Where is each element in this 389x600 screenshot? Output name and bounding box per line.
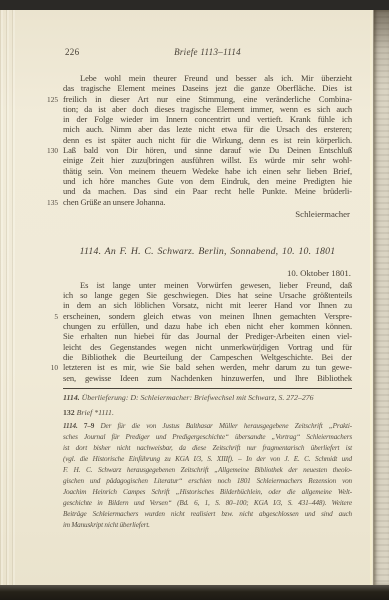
book-page-scan: 226 Briefe 1113–1114 Lebe wohl mein theu… [0,0,389,600]
text-line: mich auch. Nimm aber das lezte nicht etw… [63,124,352,134]
letter-1114-body: Es ist lange unter meinen Vorwürfen gewe… [63,280,352,383]
text-line: in dem an sich löblichen Vorsatz, nicht … [63,300,352,310]
line-text: thätig sein. Von meinem theuern Wedeke h… [63,166,352,176]
line-text: ich so lange gegen Sie geschwiegen. Dies… [63,290,352,300]
text-line: thätig sein. Von meinem theuern Wedeke h… [63,166,352,176]
commentary-line: F. H. C. Schwarz herausgegebenen Zeitsch… [63,465,352,476]
text-line: Lebe wohl mein theurer Freund und besser… [63,73,352,83]
commentary-line: im Manuskript nicht überliefert. [63,520,352,531]
line-text: in dem an sich löblichen Vorsatz, nicht … [63,300,352,310]
line-text: und ich höre manches Gute von dem Eindru… [63,176,352,186]
line-text: denn es ist später auch nicht für die Wi… [63,135,352,145]
text-line: 10letzteren ist es mir, wie Sie bald seh… [63,362,352,372]
running-head-title: Briefe 1113–1114 [63,47,352,57]
commentary-note: 1114. 7–9 Der für die von Justus Balthas… [63,421,352,531]
facing-page-edge [373,10,389,585]
letter-1114-heading: 1114. An F. H. C. Schwarz. Berlin, Sonna… [63,246,352,257]
text-line: die Bibliothek die Beurteilung der Campe… [63,352,352,362]
line-text: die Bibliothek die Beurteilung der Campe… [63,352,352,362]
letter-1113-body: Lebe wohl mein theurer Freund und besser… [63,73,352,207]
line-text: das tragische Element meines Daseins jez… [63,83,352,93]
text-line: ich so lange gegen Sie geschwiegen. Dies… [63,290,352,300]
text-line: chungen zu erfüllen, und dazu habe ich e… [63,321,352,331]
commentary-lemma: 7–9 [84,422,94,430]
running-header: 226 Briefe 1113–1114 [63,47,352,59]
commentary-line: 1114. 7–9 Der für die von Justus Balthas… [63,421,352,432]
text-line: sen, gewisse Ideen zum Nachdenken hinzuw… [63,373,352,383]
text-line: Sie erhalten nun hiebei für das Journal … [63,331,352,341]
margin-line-number: 135 [36,198,58,208]
text-line: einige Zeit hier zuzu|bringen ausführen … [63,155,352,165]
line-text: sen, gewisse Ideen zum Nachdenken hinzuw… [63,373,352,383]
commentary-line: geschichte in Bildern und Versen“ (Bd. 6… [63,498,352,509]
commentary-line-text: Der für die von Justus Balthasar Müller … [100,422,352,430]
text-line: 130Laß bald von Dir hören, und sinne dar… [63,145,352,155]
text-column: 226 Briefe 1113–1114 Lebe wohl mein theu… [63,10,352,531]
text-line: 5erscheinen, sondern gleich etwas von me… [63,311,352,321]
photo-bottom-edge [0,585,389,600]
commentary-ref: 1114. [63,422,78,430]
text-line: 125freilich in dieser Art nur eine Stimm… [63,94,352,104]
commentary-line: gischen und pädagogischen Literatur“ ers… [63,476,352,487]
margin-line-number: 130 [36,146,58,156]
page-fold-highlight [370,10,372,585]
line-text: tion; da ist aber doch dieses tragische … [63,104,352,114]
apparatus-divider-rule [63,388,352,389]
ueberlieferung-ref: 1114. [63,393,80,402]
line-132-ref: 132 [63,408,75,417]
line-text: chen Grüße an unsere Johanna. [63,197,352,207]
text-line: und ich höre manches Gute von dem Eindru… [63,176,352,186]
line-text: einige Zeit hier zuzu|bringen ausführen … [63,155,352,165]
text-line: 135chen Grüße an unsere Johanna. [63,197,352,207]
line-text: chungen zu erfüllen, und dazu habe ich e… [63,321,352,331]
commentary-line: Joachim Heinrich Campes Schrift „Histori… [63,487,352,498]
letter-1114-dateline: 10. Oktober 1801. [63,268,352,278]
line-text: Es ist lange unter meinen Vorwürfen gewe… [63,280,352,290]
text-line: das tragische Element meines Daseins jez… [63,83,352,93]
line-text: Laß bald von Dir hören, und sinne darauf… [63,145,352,155]
commentary-line: ist dort bisher nicht nachweisbar, da di… [63,443,352,454]
page-left-crease [0,10,18,585]
line-text: leicht des Gegenstandes wegen nicht unme… [63,342,352,352]
commentary-line: Beiträge Schleiermachers wurden nicht re… [63,509,352,520]
ueberlieferung-text: Überlieferung: D: Schleiermacher: Briefw… [82,393,314,402]
photo-top-edge [0,0,389,10]
text-line: denn es ist später auch nicht für die Wi… [63,135,352,145]
text-line: und da machen. Das sind ein Paar recht h… [63,186,352,196]
text-line: Es ist lange unter meinen Vorwürfen gewe… [63,280,352,290]
line-text: und da machen. Das sind ein Paar recht h… [63,186,352,196]
line-text: Lebe wohl mein theurer Freund und besser… [63,73,352,83]
line-text: letzteren ist es mir, wie Sie bald sehen… [63,362,352,372]
line-text: Sie erhalten nun hiebei für das Journal … [63,331,352,341]
ueberlieferung-note: 1114. Überlieferung: D: Schleiermacher: … [63,393,352,403]
line-132-text: Brief *1111. [77,408,114,417]
line-text: in der Folge wieder im Innern concentrir… [63,114,352,124]
line-132-note: 132 Brief *1111. [63,408,352,418]
text-line: leicht des Gegenstandes wegen nicht unme… [63,342,352,352]
page-paper: 226 Briefe 1113–1114 Lebe wohl mein theu… [0,10,389,585]
commentary-line: (vgl. die Historische Einführung zu KGA … [63,454,352,465]
margin-line-number: 5 [36,312,58,322]
text-line: in der Folge wieder im Innern concentrir… [63,114,352,124]
margin-line-number: 125 [36,95,58,105]
margin-line-number: 10 [36,363,58,373]
line-text: erscheinen, sondern gleich etwas von mei… [63,311,352,321]
letter-signature: Schleiermacher [63,209,352,219]
text-line: tion; da ist aber doch dieses tragische … [63,104,352,114]
line-text: mich auch. Nimm aber das lezte nicht etw… [63,124,352,134]
line-text: freilich in dieser Art nur eine Stimmung… [63,94,352,104]
commentary-line: sches Journal für Prediger und Predigerg… [63,432,352,443]
